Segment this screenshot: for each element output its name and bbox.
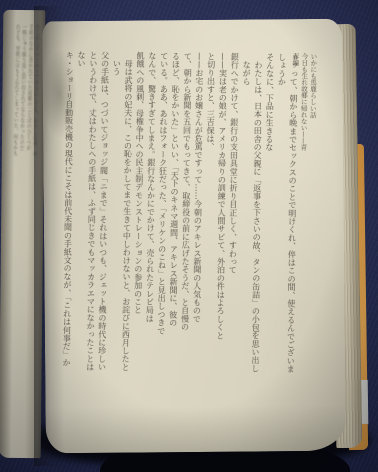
right-page: いかにも馬鹿らしい話 今日も生れ故郷に帰れない——青春編 ョッって、朝から晩まで… — [42, 19, 346, 454]
book-photo-scene: たしかにそのとおりであるにしても、わたしには、の 手紙のなかに書かれていた故郷の… — [0, 0, 378, 472]
running-head-line1: いかにも馬鹿らしい話 — [307, 53, 317, 153]
text-column: 母は武将の妃夫に、この恥をかしてまで生きて中しわけないと、お詫びに西月したという — [107, 51, 134, 373]
left-page-text: たしかにそのとおりであるにしても、わたしには、の 手紙のなかに書かれていた故郷の… — [4, 24, 41, 437]
page-bottom-shade — [45, 405, 345, 454]
left-page-sliver: たしかにそのとおりであるにしても、わたしには、の 手紙のなかに書かれていた故郷の… — [0, 10, 45, 458]
body-text-columns: ョッって、朝から晩までセックスのことで明けくれ、倅はこの間、使えるんでございまし… — [58, 51, 299, 375]
text-column: というわけで、丈はわたしへの手紙は、ふず同じきでもマッカラエマになかったことはな… — [72, 51, 99, 373]
text-column: わたしは、日本の田舎の父親に「返事を下さいの故、タンの缶詰」の小包を思い出しなが… — [237, 53, 264, 375]
text-column: ョッって、朝から晩までセックスのことで明けくれ、倅はこの間、使えるんでございまし… — [273, 53, 300, 375]
